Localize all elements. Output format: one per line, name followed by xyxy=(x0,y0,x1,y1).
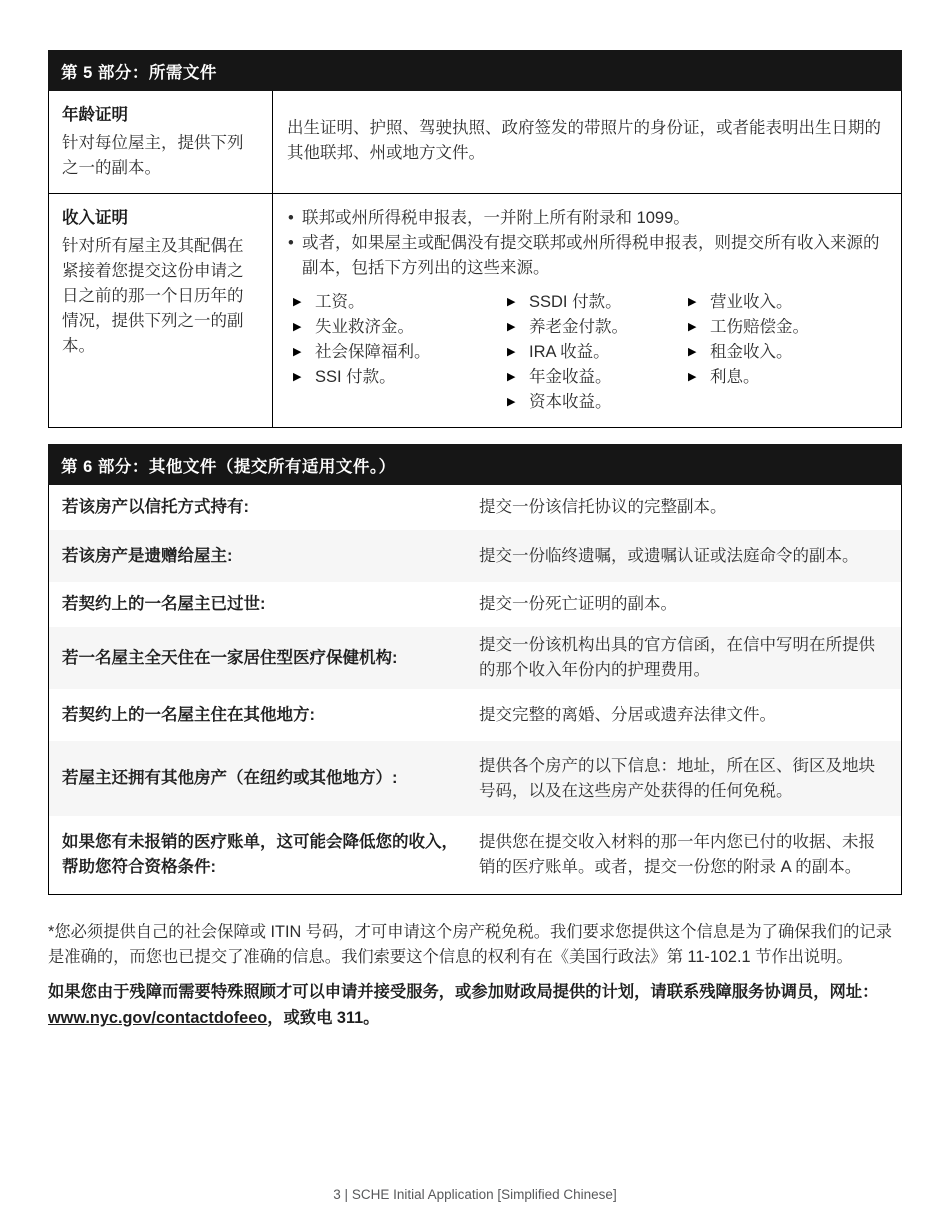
income-sources-column-2: ▶SSDI 付款。 ▶养老金付款。 ▶IRA 收益。 ▶年金收益。 ▶资本收益。 xyxy=(507,290,688,415)
requirement-text: 提交一份该机构出具的官方信函，在信中写明在所提供的那个收入年份内的护理费用。 xyxy=(479,633,901,683)
table-row: 若契约上的一名屋主已过世: 提交一份死亡证明的副本。 xyxy=(49,582,901,627)
bullet-text: 联邦或州所得税申报表，一并附上所有附录和 1099。 xyxy=(302,206,885,231)
condition-label: 若契约上的一名屋主已过世: xyxy=(49,592,479,617)
arrow-bullet-icon: ▶ xyxy=(507,340,529,365)
table-row: 若契约上的一名屋主住在其他地方: 提交完整的离婚、分居或遗弃法律文件。 xyxy=(49,689,901,741)
proof-of-income-detail-cell: • 联邦或州所得税申报表，一并附上所有附录和 1099。 • 或者，如果屋主或配… xyxy=(273,194,901,427)
income-source: 失业救济金。 xyxy=(315,315,414,340)
income-source: 工资。 xyxy=(315,290,365,315)
list-item: ▶IRA 收益。 xyxy=(507,340,688,365)
requirement-text: 提交完整的离婚、分居或遗弃法律文件。 xyxy=(479,703,901,728)
table-row: 年龄证明 针对每位屋主，提供下列之一的副本。 出生证明、护照、驾驶执照、政府签发… xyxy=(49,91,901,193)
condition-label: 若该房产是遗赠给屋主: xyxy=(49,544,479,569)
income-sources-column-3: ▶营业收入。 ▶工伤赔偿金。 ▶租金收入。 ▶利息。 xyxy=(688,290,885,415)
income-source: 年金收益。 xyxy=(529,365,612,390)
income-source: 资本收益。 xyxy=(529,390,612,415)
list-item: ▶营业收入。 xyxy=(688,290,885,315)
condition-label: 若屋主还拥有其他房产（在纽约或其他地方）: xyxy=(49,766,479,791)
bullet-icon: • xyxy=(287,231,302,281)
requirement-text: 提交一份临终遗嘱，或遗嘱认证或法庭命令的副本。 xyxy=(479,544,901,569)
income-source: SSDI 付款。 xyxy=(529,290,622,315)
proof-of-income-heading: 收入证明 xyxy=(62,204,259,228)
disability-note-prefix: 如果您由于残障而需要特殊照顾才可以申请并接受服务，或参加财政局提供的计划，请联系… xyxy=(48,983,878,1001)
list-item: ▶失业救济金。 xyxy=(293,315,507,340)
arrow-bullet-icon: ▶ xyxy=(688,340,710,365)
table-row: 收入证明 针对所有屋主及其配偶在紧接着您提交这份申请之日之前的那一个日历年的情况… xyxy=(49,193,901,427)
proof-of-age-heading: 年龄证明 xyxy=(62,101,259,125)
arrow-bullet-icon: ▶ xyxy=(293,365,315,390)
income-source: 工伤赔偿金。 xyxy=(710,315,809,340)
list-item: ▶租金收入。 xyxy=(688,340,885,365)
requirement-text: 提供您在提交收入材料的那一年内您已付的收据、未报销的医疗账单。或者，提交一份您的… xyxy=(479,830,901,880)
list-item: ▶利息。 xyxy=(688,365,885,390)
table-row: 如果您有未报销的医疗账单，这可能会降低您的收入，帮助您符合资格条件: 提供您在提… xyxy=(49,816,901,894)
arrow-bullet-icon: ▶ xyxy=(507,390,529,415)
arrow-bullet-icon: ▶ xyxy=(293,315,315,340)
section-6-other-documents: 第 6 部分：其他文件（提交所有适用文件。） 若该房产以信托方式持有: 提交一份… xyxy=(48,444,902,895)
condition-label: 如果您有未报销的医疗账单，这可能会降低您的收入，帮助您符合资格条件: xyxy=(49,830,479,880)
proof-of-income-cell: 收入证明 针对所有屋主及其配偶在紧接着您提交这份申请之日之前的那一个日历年的情况… xyxy=(49,194,273,427)
requirement-text: 提供各个房产的以下信息：地址，所在区、街区及地块号码，以及在这些房产处获得的任何… xyxy=(479,754,901,804)
contact-dofeeo-link[interactable]: www.nyc.gov/contactdofeeo xyxy=(48,1009,267,1027)
income-source: 营业收入。 xyxy=(710,290,793,315)
list-item: ▶工伤赔偿金。 xyxy=(688,315,885,340)
arrow-bullet-icon: ▶ xyxy=(507,290,529,315)
list-item: ▶年金收益。 xyxy=(507,365,688,390)
proof-of-income-instruction: 针对所有屋主及其配偶在紧接着您提交这份申请之日之前的那一个日历年的情况，提供下列… xyxy=(62,234,259,359)
arrow-bullet-icon: ▶ xyxy=(688,365,710,390)
table-row: 若该房产是遗赠给屋主: 提交一份临终遗嘱，或遗嘱认证或法庭命令的副本。 xyxy=(49,530,901,582)
section-6-header: 第 6 部分：其他文件（提交所有适用文件。） xyxy=(48,444,902,485)
income-bullet-list: • 联邦或州所得税申报表，一并附上所有附录和 1099。 • 或者，如果屋主或配… xyxy=(287,206,885,281)
requirement-text: 提交一份该信托协议的完整副本。 xyxy=(479,495,901,520)
table-row: 若该房产以信托方式持有: 提交一份该信托协议的完整副本。 xyxy=(49,485,901,530)
arrow-bullet-icon: ▶ xyxy=(293,290,315,315)
disability-accommodation-note: 如果您由于残障而需要特殊照顾才可以申请并接受服务，或参加财政局提供的计划，请联系… xyxy=(48,979,902,1031)
condition-label: 若该房产以信托方式持有: xyxy=(49,495,479,520)
bullet-text: 或者，如果屋主或配偶没有提交联邦或州所得税申报表，则提交所有收入来源的副本，包括… xyxy=(302,231,885,281)
list-item: ▶社会保障福利。 xyxy=(293,340,507,365)
list-item: ▶资本收益。 xyxy=(507,390,688,415)
proof-of-age-instruction: 针对每位屋主，提供下列之一的副本。 xyxy=(62,131,259,181)
arrow-bullet-icon: ▶ xyxy=(293,340,315,365)
section-5-required-documents: 第 5 部分：所需文件 年龄证明 针对每位屋主，提供下列之一的副本。 出生证明、… xyxy=(48,50,902,428)
income-sources-columns: ▶工资。 ▶失业救济金。 ▶社会保障福利。 ▶SSI 付款。 ▶SSDI 付款。… xyxy=(293,290,885,415)
bullet-icon: • xyxy=(287,206,302,231)
proof-of-age-detail: 出生证明、护照、驾驶执照、政府签发的带照片的身份证，或者能表明出生日期的其他联邦… xyxy=(287,116,885,166)
arrow-bullet-icon: ▶ xyxy=(507,365,529,390)
requirement-text: 提交一份死亡证明的副本。 xyxy=(479,592,901,617)
income-source: SSI 付款。 xyxy=(315,365,396,390)
list-item: ▶工资。 xyxy=(293,290,507,315)
arrow-bullet-icon: ▶ xyxy=(688,315,710,340)
section-5-header: 第 5 部分：所需文件 xyxy=(48,50,902,91)
condition-label: 若一名屋主全天住在一家居住型医疗保健机构: xyxy=(49,646,479,671)
list-item: • 联邦或州所得税申报表，一并附上所有附录和 1099。 xyxy=(287,206,885,231)
income-source: 利息。 xyxy=(710,365,760,390)
list-item: ▶养老金付款。 xyxy=(507,315,688,340)
ssn-itin-footnote: *您必须提供自己的社会保障或 ITIN 号码，才可申请这个房产税免税。我们要求您… xyxy=(48,920,902,970)
form-page: 第 5 部分：所需文件 年龄证明 针对每位屋主，提供下列之一的副本。 出生证明、… xyxy=(0,0,950,1230)
list-item: • 或者，如果屋主或配偶没有提交联邦或州所得税申报表，则提交所有收入来源的副本，… xyxy=(287,231,885,281)
arrow-bullet-icon: ▶ xyxy=(507,315,529,340)
income-sources-column-1: ▶工资。 ▶失业救济金。 ▶社会保障福利。 ▶SSI 付款。 xyxy=(293,290,507,415)
table-row: 若一名屋主全天住在一家居住型医疗保健机构: 提交一份该机构出具的官方信函，在信中… xyxy=(49,627,901,689)
disability-note-suffix: ，或致电 311。 xyxy=(267,1009,379,1027)
list-item: ▶SSDI 付款。 xyxy=(507,290,688,315)
table-row: 若屋主还拥有其他房产（在纽约或其他地方）: 提供各个房产的以下信息：地址，所在区… xyxy=(49,741,901,816)
condition-label: 若契约上的一名屋主住在其他地方: xyxy=(49,703,479,728)
proof-of-age-cell: 年龄证明 针对每位屋主，提供下列之一的副本。 xyxy=(49,91,273,193)
income-source: 社会保障福利。 xyxy=(315,340,431,365)
section-6-table: 若该房产以信托方式持有: 提交一份该信托协议的完整副本。 若该房产是遗赠给屋主:… xyxy=(48,485,902,895)
income-source: 养老金付款。 xyxy=(529,315,628,340)
income-source: IRA 收益。 xyxy=(529,340,610,365)
arrow-bullet-icon: ▶ xyxy=(688,290,710,315)
list-item: ▶SSI 付款。 xyxy=(293,365,507,390)
proof-of-age-detail-cell: 出生证明、护照、驾驶执照、政府签发的带照片的身份证，或者能表明出生日期的其他联邦… xyxy=(273,91,901,193)
income-source: 租金收入。 xyxy=(710,340,793,365)
page-footer: 3 | SCHE Initial Application [Simplified… xyxy=(0,1187,950,1202)
section-5-table: 年龄证明 针对每位屋主，提供下列之一的副本。 出生证明、护照、驾驶执照、政府签发… xyxy=(48,91,902,428)
